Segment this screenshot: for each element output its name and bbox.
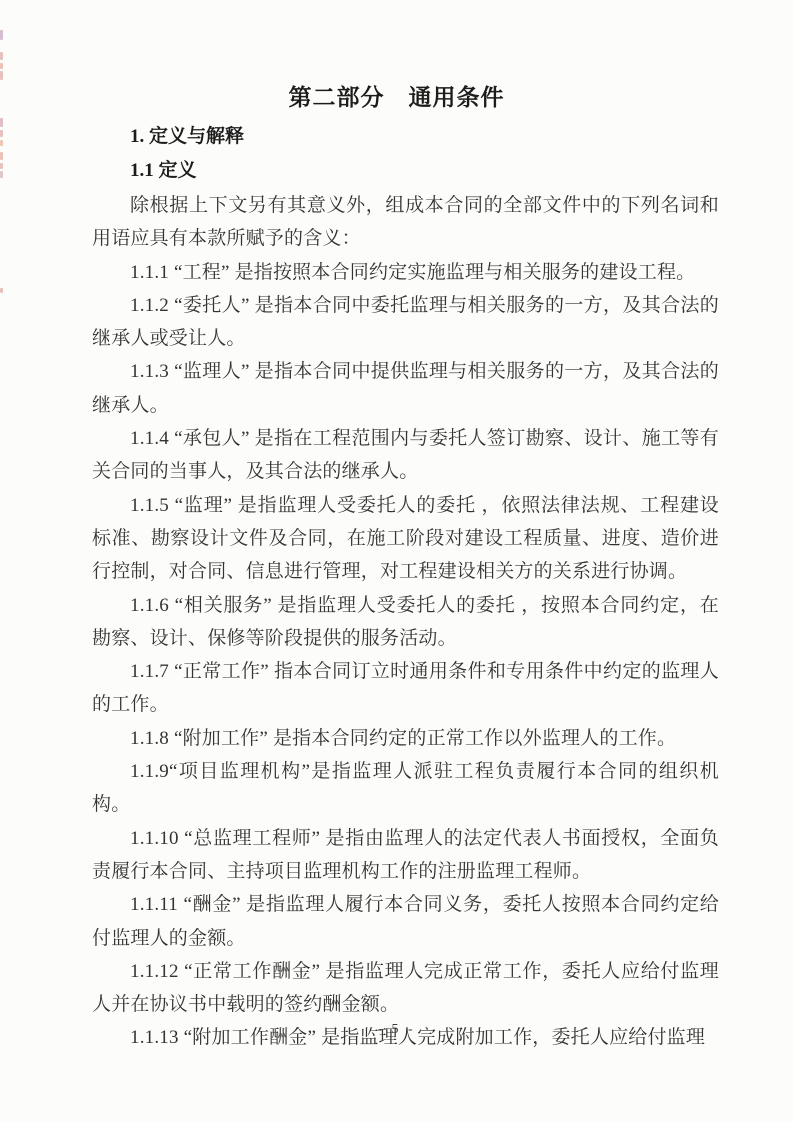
scan-edge-mark	[0, 71, 3, 80]
clause-1-1-1: 1.1.1 “工程” 是指按照本合同约定实施监理与相关服务的建设工程。	[92, 256, 719, 289]
page-number: - 5 -	[0, 1022, 793, 1038]
clause-1-1-7: 1.1.7 “正常工作” 指本合同订立时通用条件和专用条件中约定的监理人的工作。	[92, 655, 719, 722]
clause-1-1-12: 1.1.12 “正常工作酬金” 是指监理人完成正常工作，委托人应给付监理人并在协…	[92, 955, 719, 1022]
scan-edge-mark	[0, 52, 3, 60]
clause-1-1-2: 1.1.2 “委托人” 是指本合同中委托监理与相关服务的一方，及其合法的继承人或…	[92, 289, 719, 356]
clause-1-1-4: 1.1.4 “承包人” 是指在工程范围内与委托人签订勘察、设计、施工等有关合同的…	[92, 422, 719, 489]
section-heading: 1. 定义与解释	[130, 120, 793, 153]
document-body: 除根据上下文另有其意义外，组成本合同的全部文件中的下列名词和用语应具有本款所赋予…	[92, 189, 719, 1055]
subsection-heading: 1.1 定义	[130, 154, 793, 187]
document-title: 第二部分 通用条件	[0, 84, 793, 112]
clause-1-1-9: 1.1.9“项目监理机构”是指监理人派驻工程负责履行本合同的组织机构。	[92, 755, 719, 822]
clause-1-1-11: 1.1.11 “酬金” 是指监理人履行本合同义务，委托人按照本合同约定给付监理人…	[92, 888, 719, 955]
scan-edge-mark	[0, 30, 3, 40]
scan-edge-mark	[0, 171, 3, 178]
scan-edge-mark	[0, 152, 3, 160]
scan-edge-mark	[0, 130, 3, 137]
scan-edge-mark	[0, 288, 3, 293]
clause-1-1-3: 1.1.3 “监理人” 是指本合同中提供监理与相关服务的一方，及其合法的继承人。	[92, 355, 719, 422]
scan-edge-mark	[0, 63, 3, 69]
scan-edge-mark	[0, 140, 3, 146]
clause-1-1-6: 1.1.6 “相关服务” 是指监理人受委托人的委托 ，按照本合同约定，在勘察、设…	[92, 589, 719, 656]
scan-edge-mark	[0, 118, 3, 127]
scan-edge-mark	[0, 163, 3, 169]
intro-paragraph: 除根据上下文另有其意义外，组成本合同的全部文件中的下列名词和用语应具有本款所赋予…	[92, 189, 719, 256]
clause-1-1-10: 1.1.10 “总监理工程师” 是指由监理人的法定代表人书面授权，全面负责履行本…	[92, 822, 719, 889]
clause-1-1-8: 1.1.8 “附加工作” 是指本合同约定的正常工作以外监理人的工作。	[92, 722, 719, 755]
scanned-document-page: 第二部分 通用条件 1. 定义与解释 1.1 定义 除根据上下文另有其意义外，组…	[0, 0, 793, 1122]
clause-1-1-5: 1.1.5 “监理” 是指监理人受委托人的委托 ，依照法律法规、工程建设标准、勘…	[92, 489, 719, 589]
